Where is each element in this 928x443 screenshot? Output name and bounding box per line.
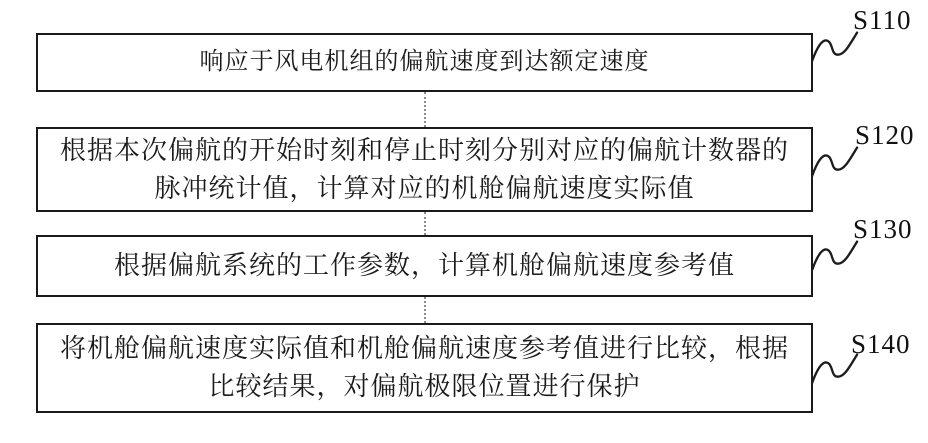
flow-step-text: 根据偏航系统的工作参数，计算机舱偏航速度参考值 <box>104 245 745 287</box>
flow-step-box-s140: 将机舱偏航速度实际值和机舱偏航速度参考值进行比较，根据比较结果，对偏航极限位置进… <box>36 323 813 413</box>
wavy-connector-icon <box>811 143 859 181</box>
flowchart-figure: 响应于风电机组的偏航速度到达额定速度 根据本次偏航的开始时刻和停止时刻分别对应的… <box>0 0 928 443</box>
flow-step-text: 将机舱偏航速度实际值和机舱偏航速度参考值进行比较，根据比较结果，对偏航极限位置进… <box>38 328 811 407</box>
wavy-connector-icon <box>811 237 859 275</box>
step-tag-s120: S120 <box>855 120 915 151</box>
wavy-connector-icon <box>811 28 859 66</box>
flow-connector-line <box>424 297 426 323</box>
flow-step-text: 响应于风电机组的偏航速度到达额定速度 <box>190 43 660 82</box>
step-tag-s110: S110 <box>853 5 912 36</box>
flow-connector-line <box>424 92 426 127</box>
flow-step-box-s130: 根据偏航系统的工作参数，计算机舱偏航速度参考值 <box>36 235 813 297</box>
flow-connector-line <box>424 212 426 235</box>
flow-step-text: 根据本次偏航的开始时刻和停止时刻分别对应的偏航计数器的脉冲统计值，计算对应的机舱… <box>38 130 811 209</box>
flow-step-box-s110: 响应于风电机组的偏航速度到达额定速度 <box>36 33 813 92</box>
step-tag-s130: S130 <box>853 214 913 245</box>
flow-step-box-s120: 根据本次偏航的开始时刻和停止时刻分别对应的偏航计数器的脉冲统计值，计算对应的机舱… <box>36 127 813 212</box>
step-tag-s140: S140 <box>851 329 911 360</box>
